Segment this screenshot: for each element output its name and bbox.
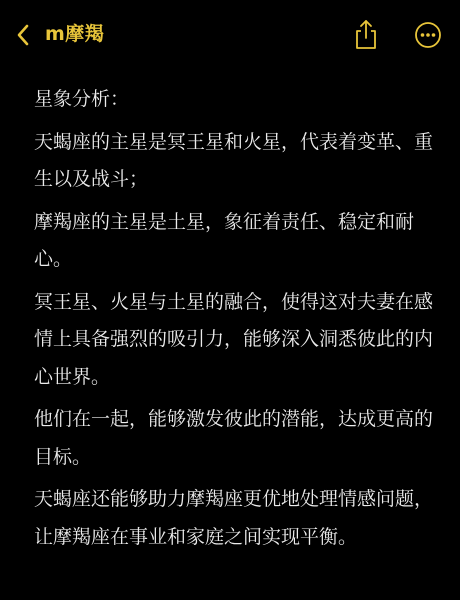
chevron-left-icon <box>16 24 30 46</box>
note-paragraph: 天蝎座还能够助力摩羯座更优地处理情感问题，让摩羯座在事业和家庭之间实现平衡。 <box>34 481 434 556</box>
note-body[interactable]: 星象分析： 天蝎座的主星是冥王星和火星，代表着变革、重生以及战斗； 摩羯座的主星… <box>34 81 434 561</box>
navigation-bar: m摩羯 <box>0 0 460 70</box>
note-paragraph: 天蝎座的主星是冥王星和火星，代表着变革、重生以及战斗； <box>34 124 434 199</box>
ellipsis-circle-icon <box>414 21 442 49</box>
note-paragraph: 冥王星、火星与土星的融合，使得这对夫妻在感情上具备强烈的吸引力，能够深入洞悉彼此… <box>34 284 434 397</box>
note-paragraph: 摩羯座的主星是土星，象征着责任、稳定和耐心。 <box>34 204 434 279</box>
share-button[interactable] <box>352 18 380 50</box>
share-icon <box>352 18 380 50</box>
more-options-button[interactable] <box>414 21 442 49</box>
back-button[interactable] <box>10 20 36 50</box>
note-paragraph: 他们在一起，能够激发彼此的潜能，达成更高的目标。 <box>34 401 434 476</box>
note-paragraph: 星象分析： <box>34 81 434 119</box>
back-title-label[interactable]: m摩羯 <box>45 20 104 48</box>
